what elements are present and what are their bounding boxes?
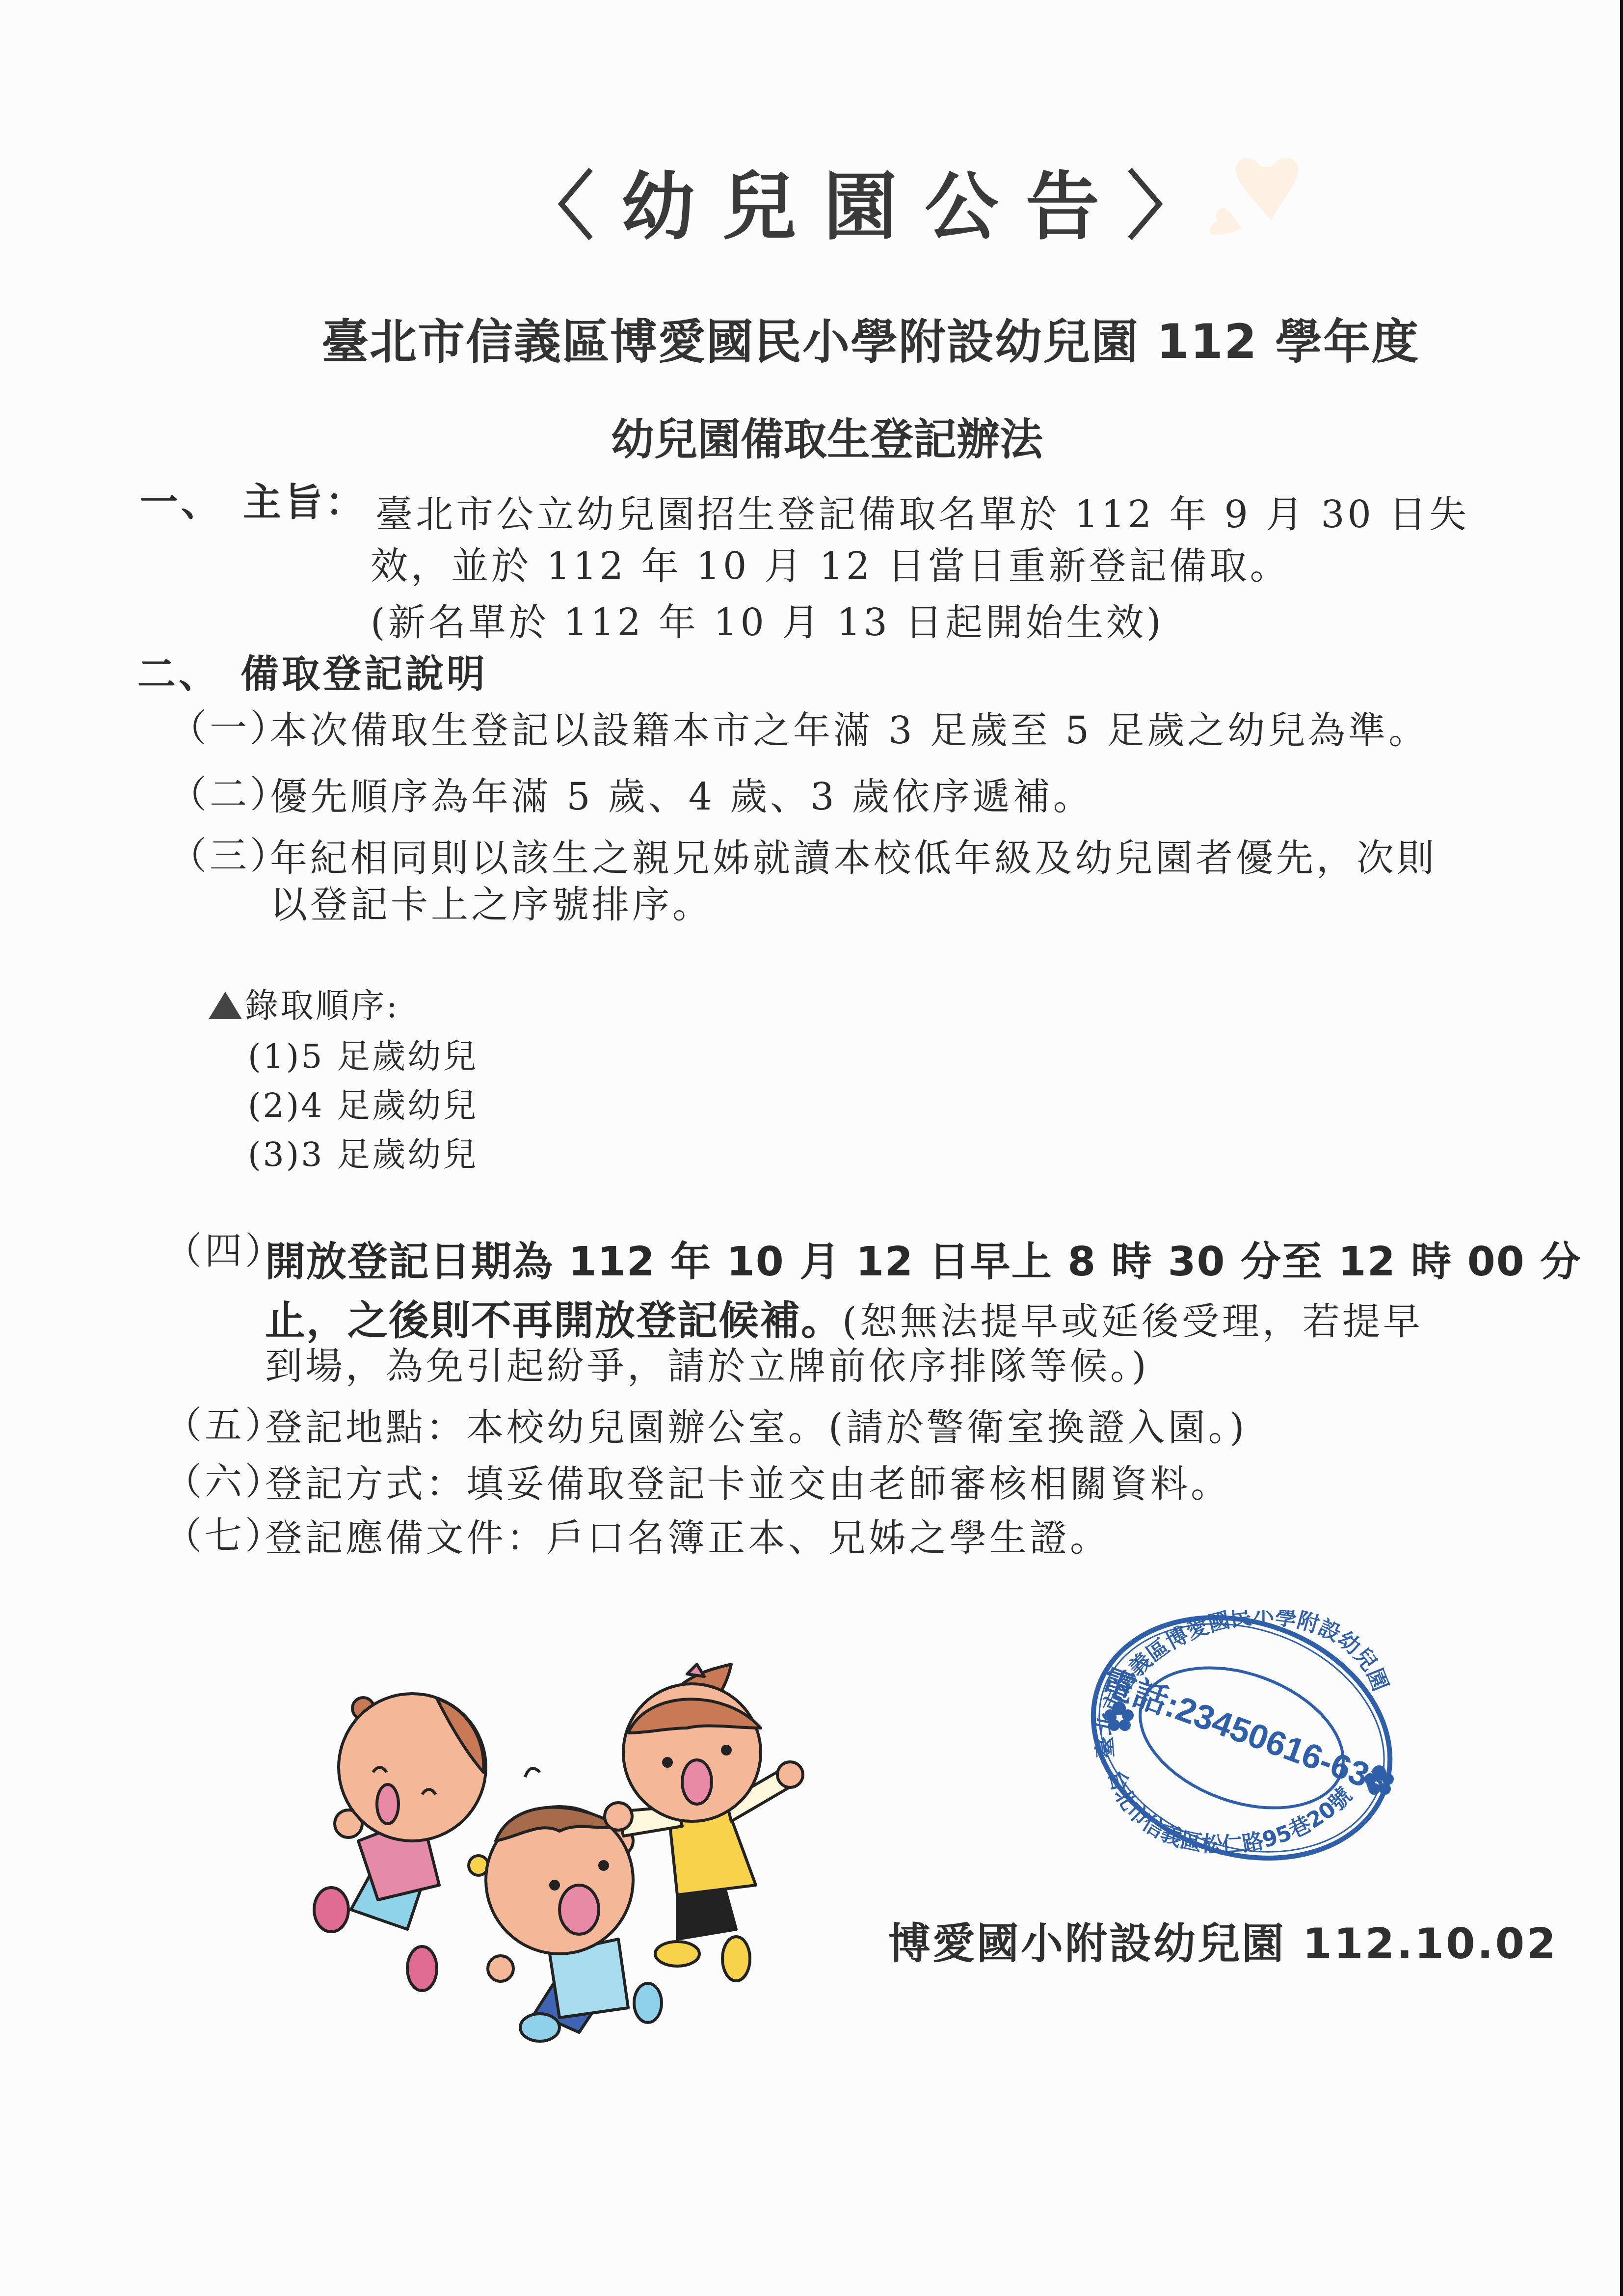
svg-text:台北市信義區松仁路95巷20號: 台北市信義區松仁路95巷20號 [1103,1767,1357,1858]
triangle-bullet-icon [209,992,242,1019]
section1-label: 主旨： [243,484,367,522]
item-text: 優先順序為年滿 5 歲、4 歲、3 歲依序遞補。 [270,778,1093,815]
section1-line-1: 臺北市公立幼兒園招生登記備取名單於 112 年 9 月 30 日失 [375,496,1469,533]
item-text: 本次備取生登記以設籍本市之年滿 3 足歲至 5 足歲之幼兒為準。 [270,712,1429,749]
scan-edge [1620,0,1623,2296]
admission-order-heading-text: 錄取順序: [245,987,399,1026]
signature-line: 博愛國小附設幼兒園 112.10.02 [888,1910,1558,1971]
item-text: 年紀相同則以該生之親兄姊就讀本校低年級及幼兒園者優先，次則 [270,839,1437,877]
notice-title: 〈幼兒園公告〉 [520,147,1228,253]
registration-date-line: 開放登記日期為 112 年 10 月 12 日早上 8 時 30 分至 12 時… [265,1230,1581,1287]
registration-note-text: (恕無法提早或延後受理，若提早 [842,1299,1423,1343]
registration-note-cont: 到場，為免引起紛爭，請於立牌前依序排隊等候。) [265,1348,1149,1385]
admission-order-item: (2)4 足歲幼兒 [248,1079,478,1127]
item-text-cont: 以登記卡上之序號排序。 [270,886,713,923]
admission-order-heading: 錄取順序: [209,979,399,1027]
children-illustration [304,1654,834,2057]
registration-method: 登記方式：填妥備取登記卡並交由老師審核相關資料。 [265,1465,1231,1503]
section1-number: 一、 [140,484,222,522]
admission-order-item: (1)5 足歲幼兒 [248,1030,478,1078]
registration-deadline-text: 止，之後則不再開放登記候補。 [265,1297,842,1344]
section2-number: 二、 [137,655,220,694]
section1-line-2: 效，並於 112 年 10 月 12 日當日重新登記備取。 [371,547,1290,585]
section2-label: 備取登記說明 [240,655,488,694]
required-documents: 登記應備文件：戶口名簿正本、兄姊之學生證。 [265,1519,1110,1557]
stamp-outer-bottom-text: 台北市信義區松仁路95巷20號 [1103,1767,1357,1858]
admission-order-item: (3)3 足歲幼兒 [248,1128,478,1176]
stamp-phone-text: 電話:23450616-633 [1096,1662,1392,1801]
section1-line-3: (新名單於 112 年 10 月 13 日起開始生效) [371,604,1164,641]
document-heading: 幼兒園備取生登記辦法 [611,405,1043,467]
heart-decoration-icon [1197,147,1315,245]
registration-location: 登記地點：本校幼兒園辦公室。(請於警衛室換證入園。) [265,1409,1247,1446]
document-subtitle: 臺北市信義區博愛國民小學附設幼兒園 112 學年度 [321,304,1419,372]
registration-date-line-2: 止，之後則不再開放登記候補。(恕無法提早或延後受理，若提早 [265,1289,1423,1346]
official-seal-stamp: 臺北市信義區博愛國民小學附設幼兒園 台北市信義區松仁路95巷20號 電話:234… [1080,1610,1404,1865]
